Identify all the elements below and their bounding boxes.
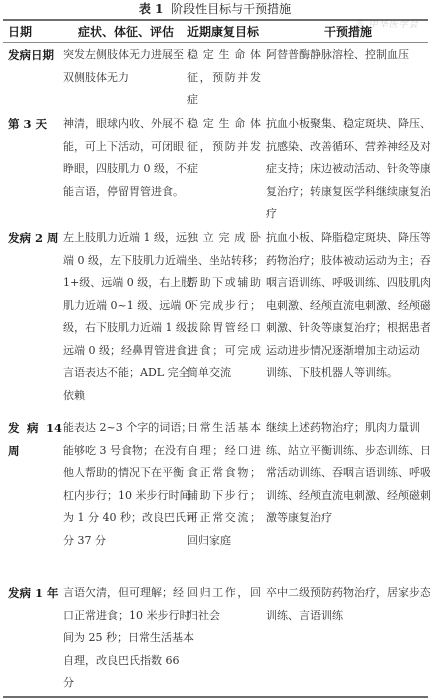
cell-line: 周 — [8, 440, 62, 463]
cell-symptoms: 左上肢肌力近端 1 级，远 端 0 级，左下肢肌力近端 1+级、远端 0 级，右… — [63, 227, 179, 407]
header-date: 日期 — [8, 22, 32, 42]
cell-line: 分 — [63, 672, 179, 695]
cell-line: 抗感染、改善循环、营养神经及对 — [266, 136, 424, 159]
cell-date: 发病日期 — [8, 44, 62, 67]
cell-goals: 稳 定 生 命 体 征，预防并发 症 — [187, 44, 261, 112]
cell-line: 激等康复治疗 — [266, 507, 424, 530]
cell-interventions: 继续上述药物治疗；肌肉力量训 练、站立平衡训练、步态训练、日 常活动训练、吞咽言… — [266, 417, 424, 530]
cell-line: 间为 25 秒；日常生活基本 — [63, 627, 179, 650]
cell-line: 症 — [187, 158, 261, 181]
header-symptoms: 症状、体征、评估 — [78, 22, 174, 42]
cell-line: 归社会 — [187, 605, 261, 628]
cell-line: 稳 定 生 命 体 — [187, 44, 261, 67]
cell-line: 自理；经口进 — [187, 440, 261, 463]
cell-line: 练、站立平衡训练、步态训练、日 — [266, 440, 424, 463]
cell-line: 阿替普酶静脉溶栓、控制血压 — [266, 44, 424, 67]
caption-title: 阶段性目标与干预措施 — [171, 2, 291, 16]
cell-goals: 日常生活基本 自理；经口进 食正常食物； 辅助下步行； 可正常交流； 回归家庭 — [187, 417, 261, 552]
cell-symptoms: 突发左侧肢体无力进展至 双侧肢体无力 — [63, 44, 179, 89]
table-caption: 表 1 阶段性目标与干预措施 — [0, 1, 430, 17]
cell-line: 药物治疗；肢体被动运动为主；吞 — [266, 250, 424, 273]
cell-symptoms: 能表达 2~3 个字的词语； 能够吃 3 号食物；在没有 他人帮助的情况下在平衡… — [63, 417, 179, 552]
cell-line: 帮助下或辅助 — [187, 272, 261, 295]
cell-interventions: 卒中二级预防药物治疗，居家步态 训练、言语训练 — [266, 582, 424, 627]
cell-line: 运动进步情况逐渐增加主动运动 — [266, 340, 424, 363]
cell-line: 食正常食物； — [187, 462, 261, 485]
cell-date: 发病 2 周 — [8, 227, 62, 250]
cell-line: 辅助下步行； — [187, 485, 261, 508]
cell-line: 日常生活基本 — [187, 417, 261, 440]
cell-line: 独 立 完 成 卧 — [187, 227, 261, 250]
header-interventions: 干预措施 — [324, 22, 372, 42]
cell-line: 征，预防并发 — [187, 67, 261, 90]
cell-line: 自理，改良巴氏指数 66 — [63, 650, 179, 673]
table-top-rule — [3, 19, 428, 21]
cell-line: 发病日期 — [8, 44, 62, 67]
cell-line: 分 37 分 — [63, 530, 179, 553]
cell-line: 抗血小板、降脂稳定斑块、降压等 — [266, 227, 424, 250]
cell-line: 睁眼，四肢肌力 0 级，不 — [63, 158, 179, 181]
cell-symptoms: 言语欠清，但可理解；经 口正常进食；10 米步行时 间为 25 秒；日常生活基本… — [63, 582, 179, 695]
cell-line: 继续上述药物治疗；肌肉力量训 — [266, 417, 424, 440]
cell-symptoms: 神清，眼球内收、外展不 能，可上下活动，可闭眼 睁眼，四肢肌力 0 级，不 能言… — [63, 113, 179, 203]
cell-line: 他人帮助的情况下在平衡 — [63, 462, 179, 485]
cell-line: 能言语，停留胃管进食。 — [63, 181, 179, 204]
cell-line: 简单交流 — [187, 362, 261, 385]
cell-line: 言语表达不能；ADL 完全 — [63, 362, 179, 385]
cell-line: 电刺激、经颅直流电刺激、经颅磁 — [266, 295, 424, 318]
cell-goals: 回归工作，回 归社会 — [187, 582, 261, 627]
cell-line: 坐、坐站转移； — [187, 250, 261, 273]
cell-line: 发 病 14 — [8, 417, 62, 440]
cell-line: 进食；可完成 — [187, 340, 261, 363]
cell-goals: 独 立 完 成 卧 坐、坐站转移； 帮助下或辅助 下完成步行； 拔除胃管经口 进… — [187, 227, 261, 385]
cell-interventions: 抗血小板、降脂稳定斑块、降压等 药物治疗；肢体被动运动为主；吞 咽言语训练、呼吸… — [266, 227, 424, 385]
cell-date: 发 病 14 周 — [8, 417, 62, 462]
cell-line: 口正常进食；10 米步行时 — [63, 605, 179, 628]
cell-line: 训练、言语训练 — [266, 605, 424, 628]
cell-line: 训练、下肢机器人等训练。 — [266, 362, 424, 385]
cell-interventions: 阿替普酶静脉溶栓、控制血压 — [266, 44, 424, 67]
cell-line: 疗 — [266, 203, 424, 226]
cell-line: 抗血小板聚集、稳定斑块、降压、 — [266, 113, 424, 136]
cell-line: 回归工作，回 — [187, 582, 261, 605]
cell-date: 第 3 天 — [8, 113, 62, 136]
table-header-rule — [3, 42, 428, 43]
cell-line: 征，预防并发 — [187, 136, 261, 159]
cell-line: 1+级、远端 0 级，右上肢 — [63, 272, 179, 295]
cell-line: 能，可上下活动，可闭眼 — [63, 136, 179, 159]
table-bottom-rule — [3, 696, 428, 698]
cell-line: 端 0 级，左下肢肌力近端 — [63, 250, 179, 273]
cell-line: 远端 0 级；经鼻胃管进食； — [63, 340, 179, 363]
cell-line: 常活动训练、吞咽言语训练、呼吸 — [266, 462, 424, 485]
cell-line: 左上肢肌力近端 1 级，远 — [63, 227, 179, 250]
cell-line: 咽言语训练、呼吸训练、四肢肌肉 — [266, 272, 424, 295]
cell-line: 突发左侧肢体无力进展至 — [63, 44, 179, 67]
cell-line: 能表达 2~3 个字的词语； — [63, 417, 179, 440]
cell-line: 言语欠清，但可理解；经 — [63, 582, 179, 605]
cell-line: 训练、经颅直流电刺激、经颅磁刺 — [266, 485, 424, 508]
cell-line: 卒中二级预防药物治疗，居家步态 — [266, 582, 424, 605]
cell-line: 级，右下肢肌力近端 1 级、 — [63, 317, 179, 340]
caption-label: 表 1 — [139, 2, 164, 16]
cell-line: 复治疗；转康复医学科继续康复治 — [266, 181, 424, 204]
cell-line: 症 — [187, 89, 261, 112]
header-goals: 近期康复目标 — [187, 22, 259, 42]
cell-line: 回归家庭 — [187, 530, 261, 553]
cell-line: 为 1 分 40 秒；改良巴氏评 — [63, 507, 179, 530]
cell-line: 能够吃 3 号食物；在没有 — [63, 440, 179, 463]
cell-goals: 稳 定 生 命 体 征，预防并发 症 — [187, 113, 261, 181]
cell-line: 发病 1 年 — [8, 582, 62, 605]
cell-line: 可正常交流； — [187, 507, 261, 530]
cell-line: 下完成步行； — [187, 295, 261, 318]
cell-line: 稳 定 生 命 体 — [187, 113, 261, 136]
cell-line: 双侧肢体无力 — [63, 67, 179, 90]
cell-line: 依赖 — [63, 385, 179, 408]
cell-line: 杠内步行；10 米步行时间 — [63, 485, 179, 508]
cell-line: 症支持；床边被动活动、针灸等康 — [266, 158, 424, 181]
cell-line: 第 3 天 — [8, 113, 62, 136]
cell-line: 刺激、针灸等康复治疗；根据患者 — [266, 317, 424, 340]
cell-line: 拔除胃管经口 — [187, 317, 261, 340]
cell-date: 发病 1 年 — [8, 582, 62, 605]
cell-line: 发病 2 周 — [8, 227, 62, 250]
cell-line: 肌力近端 0~1 级、远端 0 — [63, 295, 179, 318]
cell-line: 神清，眼球内收、外展不 — [63, 113, 179, 136]
cell-interventions: 抗血小板聚集、稳定斑块、降压、 抗感染、改善循环、营养神经及对 症支持；床边被动… — [266, 113, 424, 226]
